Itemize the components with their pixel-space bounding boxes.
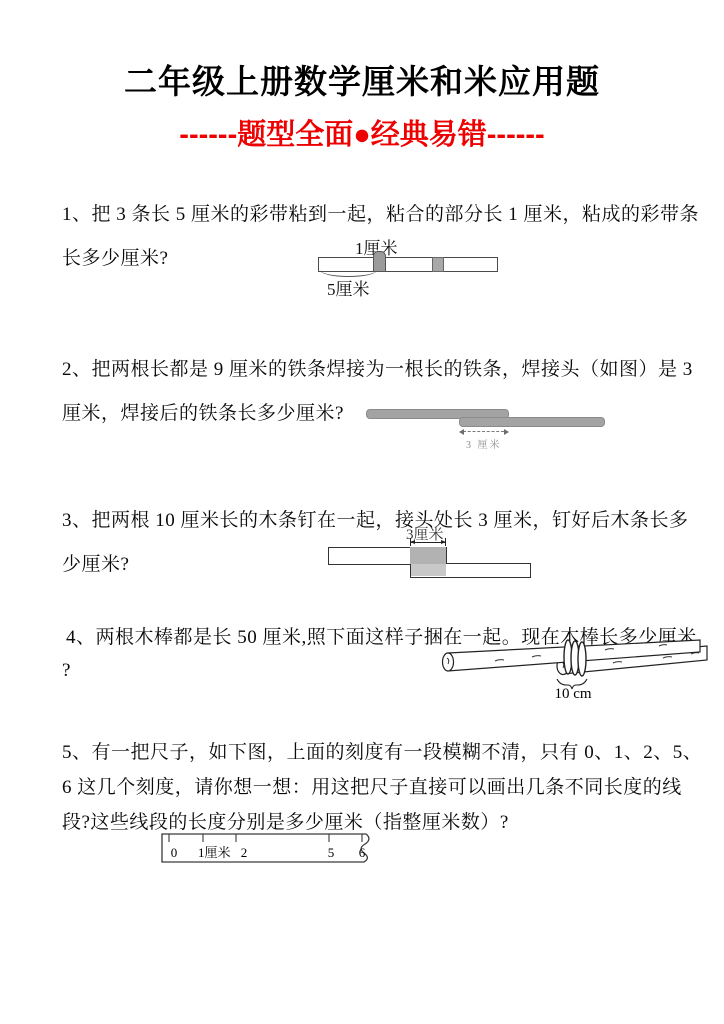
wood-overlap-upper bbox=[410, 547, 446, 564]
ruler-tick-label-5: 5 bbox=[328, 845, 335, 860]
problem-5-text-line-3: 段?这些线段的长度分别是多少厘米（指整厘米数）? bbox=[62, 807, 509, 834]
ruler-tick-label-1: 1厘米 bbox=[198, 845, 231, 860]
iron-joint-arrowhead-right bbox=[504, 429, 509, 435]
ruler-outline bbox=[162, 834, 369, 862]
iron-joint-label: 3 厘米 bbox=[466, 436, 502, 451]
worksheet-page: 二年级上册数学厘米和米应用题 ------题型全面●经典易错------ 1、把… bbox=[0, 0, 724, 1024]
ruler-tick-label-2: 2 bbox=[241, 845, 248, 860]
problem-2-text-line-2: 厘米，焊接后的铁条长多少厘米? bbox=[62, 398, 344, 425]
rope-coils bbox=[564, 640, 586, 676]
problem-5-text-line-2: 6 这几个刻度，请你想一想：用这把尺子直接可以画出几条不同长度的线 bbox=[62, 772, 682, 799]
ruler-diagram: 0 1厘米 2 5 6 bbox=[160, 832, 380, 870]
problem-1-text-line-2: 长多少厘米? bbox=[62, 243, 168, 270]
wood-joint-arrowhead-right bbox=[441, 540, 446, 544]
ruler-tick-label-0: 0 bbox=[171, 845, 178, 860]
iron-joint-arrowhead-left bbox=[459, 429, 464, 435]
iron-joint-dashed-line bbox=[463, 431, 504, 432]
problem-5-text-line-1: 5、有一把尺子，如下图，上面的刻度有一段模糊不清，只有 0、1、2、5、 bbox=[62, 737, 702, 764]
page-title: 二年级上册数学厘米和米应用题 bbox=[0, 56, 724, 103]
ribbon-segment-label: 5厘米 bbox=[327, 275, 370, 300]
stick-diagram: 10 cm bbox=[435, 636, 713, 702]
page-subtitle: ------题型全面●经典易错------ bbox=[0, 112, 724, 153]
problem-3-text-line-2: 少厘米? bbox=[62, 549, 129, 576]
problem-3-text-line-1: 3、把两根 10 厘米长的木条钉在一起，接头处长 3 厘米，钉好后木条长多 bbox=[62, 505, 689, 532]
problem-2-text-line-1: 2、把两根长都是 9 厘米的铁条焊接为一根长的铁条，焊接头（如图）是 3 bbox=[62, 354, 693, 381]
problem-4-text-line-2: ? bbox=[62, 660, 71, 682]
stick-overlap-label: 10 cm bbox=[554, 686, 591, 702]
ruler-tick-label-6: 6 bbox=[359, 845, 366, 860]
wood-overlap-lower bbox=[411, 564, 446, 576]
problem-1-text-line-1: 1、把 3 条长 5 厘米的彩带粘到一起，粘合的部分长 1 厘米，粘成的彩带条 bbox=[62, 199, 699, 226]
iron-bar-lower bbox=[459, 417, 605, 427]
wood-joint-arrow bbox=[411, 542, 445, 543]
ribbon-overlap-tab-2 bbox=[432, 257, 444, 272]
wood-joint-arrowhead-left bbox=[410, 540, 415, 544]
